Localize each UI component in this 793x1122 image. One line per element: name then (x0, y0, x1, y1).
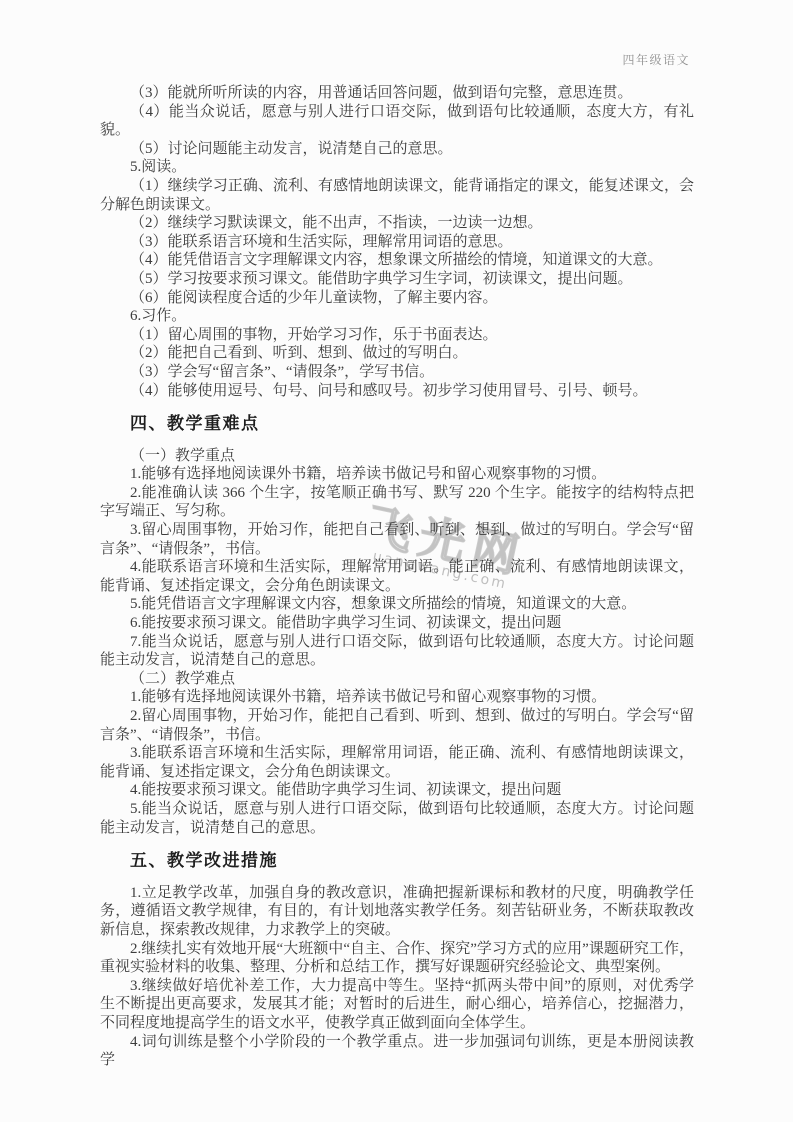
paragraph: （5）学习按要求预习课文。能借助字典学习生字词，初读课文，提出问题。 (100, 270, 694, 289)
top-section-paragraphs: （3）能就所听所读的内容，用普通话回答问题，做到语句完整，意思连贯。（4）能当众… (100, 84, 694, 400)
paragraph: 3.继续做好培优补差工作，大力提高中等生。坚持“抓两头带中间”的原则，对优秀学生… (100, 977, 694, 1033)
paragraph: （3）学会写“留言条”、“请假条”，学写书信。 (100, 363, 694, 382)
paragraph: 1.能够有选择地阅读课外书籍，培养读书做记号和留心观察事物的习惯。 (100, 465, 694, 484)
paragraph: 4.词句训练是整个小学阶段的一个教学重点。进一步加强词句训练，更是本册阅读教学 (100, 1033, 694, 1070)
paragraph: （二）教学难点 (100, 670, 694, 689)
paragraph: （4）能够使用逗号、句号、问号和感叹号。初步学习使用冒号、引号、顿号。 (100, 382, 694, 401)
section-five-paragraphs: 1.立足教学改革，加强自身的教改意识，准确把握新课标和教材的尺度，明确教学任务，… (100, 884, 694, 1070)
paragraph: （一）教学重点 (100, 447, 694, 466)
paragraph: （3）能联系语言环境和生活实际，理解常用词语的意思。 (100, 233, 694, 252)
paragraph: （4）能当众说话，愿意与别人进行口语交际，做到语句比较通顺，态度大方，有礼貌。 (100, 103, 694, 140)
paragraph: 3.留心周围事物，开始习作，能把自己看到、听到、想到、做过的写明白。学会写“留言… (100, 521, 694, 558)
paragraph: （1）继续学习正确、流利、有感情地朗读课文，能背诵指定的课文，能复述课文，会分解… (100, 177, 694, 214)
section-heading-four: 四、教学重难点 (100, 415, 694, 434)
page-header-grade-label: 四年级语文 (622, 51, 690, 68)
document-page: 四年级语文 飞光网 uangwang.com （3）能就所听所读的内容，用普通话… (0, 0, 793, 1122)
paragraph: （1）留心周围的事物，开始学习习作，乐于书面表达。 (100, 326, 694, 345)
section-four-paragraphs: （一）教学重点1.能够有选择地阅读课外书籍，培养读书做记号和留心观察事物的习惯。… (100, 447, 694, 837)
paragraph: （4）能凭借语言文字理解课文内容，想象课文所描绘的情境，知道课文的大意。 (100, 251, 694, 270)
paragraph: （2）能把自己看到、听到、想到、做过的写明白。 (100, 344, 694, 363)
paragraph: （2）继续学习默读课文，能不出声，不指读，一边读一边想。 (100, 214, 694, 233)
paragraph: 7.能当众说话，愿意与别人进行口语交际，做到语句比较通顺，态度大方。讨论问题能主… (100, 633, 694, 670)
section-heading-five: 五、教学改进措施 (100, 852, 694, 871)
paragraph: 1.能够有选择地阅读课外书籍，培养读书做记号和留心观察事物的习惯。 (100, 688, 694, 707)
paragraph: 3.能联系语言环境和生活实际，理解常用词语，能正确、流利、有感情地朗读课文，能背… (100, 744, 694, 781)
paragraph: 1.立足教学改革，加强自身的教改意识，准确把握新课标和教材的尺度，明确教学任务，… (100, 884, 694, 940)
paragraph: 5.能凭借语言文字理解课文内容，想象课文所描绘的情境，知道课文的大意。 (100, 595, 694, 614)
paragraph: （5）讨论问题能主动发言，说清楚自己的意思。 (100, 140, 694, 159)
paragraph: （6）能阅读程度合适的少年儿童读物，了解主要内容。 (100, 289, 694, 308)
paragraph: （3）能就所听所读的内容，用普通话回答问题，做到语句完整，意思连贯。 (100, 84, 694, 103)
paragraph: 2.留心周围事物，开始习作，能把自己看到、听到、想到、做过的写明白。学会写“留言… (100, 707, 694, 744)
paragraph: 4.能按要求预习课文。能借助字典学习生词、初读课文，提出问题 (100, 781, 694, 800)
paragraph: 2.继续扎实有效地开展“大班额中“自主、合作、探究”学习方式的应用”课题研究工作… (100, 940, 694, 977)
paragraph: 4.能联系语言环境和生活实际，理解常用词语。能正确、流利、有感情地朗读课文，能背… (100, 558, 694, 595)
paragraph: 5.能当众说话，愿意与别人进行口语交际，做到语句比较通顺，态度大方。讨论问题能主… (100, 800, 694, 837)
paragraph: 2.能准确认读 366 个生字，按笔顺正确书写、默写 220 个生字。能按字的结… (100, 484, 694, 521)
document-body: （3）能就所听所读的内容，用普通话回答问题，做到语句完整，意思连贯。（4）能当众… (100, 84, 694, 1070)
paragraph: 6.习作。 (100, 307, 694, 326)
paragraph: 6.能按要求预习课文。能借助字典学习生词、初读课文，提出问题 (100, 614, 694, 633)
paragraph: 5.阅读。 (100, 158, 694, 177)
